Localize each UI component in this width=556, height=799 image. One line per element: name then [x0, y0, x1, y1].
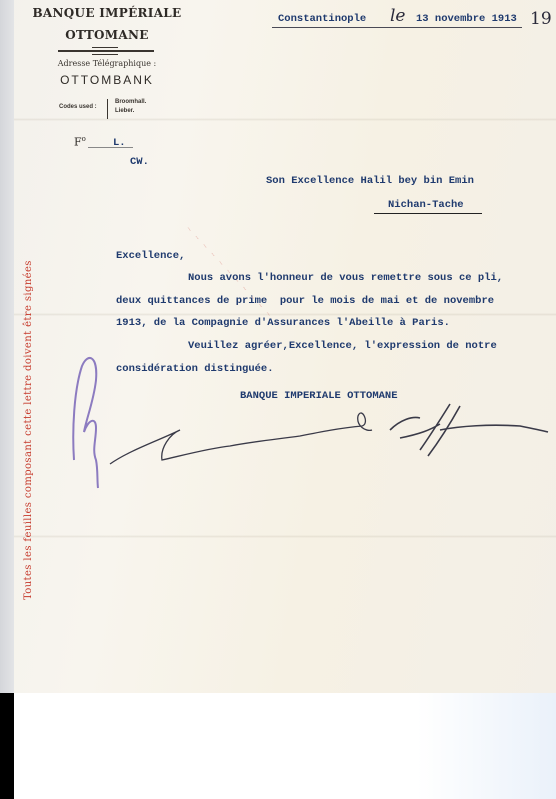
location-underline	[374, 213, 482, 214]
year-prefix: 19	[530, 9, 552, 29]
paper-fold	[14, 118, 556, 121]
bank-name-line1: BANQUE IMPÉRIALE	[22, 6, 192, 20]
paper-fold	[14, 313, 556, 316]
dateline-date: 13 novembre 1913	[416, 13, 517, 25]
body-line: considération distinguée.	[116, 363, 274, 375]
recipient-name: Son Excellence Halil bey bin Emin	[266, 175, 474, 187]
body-line: 1913, de la Compagnie d'Assurances l'Abe…	[116, 317, 450, 329]
paper-fold	[14, 535, 556, 538]
initials: CW.	[130, 156, 149, 168]
folio-label: Fo	[74, 135, 86, 149]
telegraphic-address: OTTOMBANK	[22, 73, 192, 87]
telegraphic-label: Adresse Télégraphique :	[22, 59, 192, 68]
scan-background	[0, 693, 556, 799]
signature	[100, 400, 556, 480]
code-item: Broomhall.	[115, 98, 146, 107]
body-line: deux quittances de prime pour le mois de…	[116, 295, 494, 307]
dateline-rule	[272, 27, 522, 28]
body-line: Nous avons l'honneur de vous remettre so…	[188, 272, 503, 284]
codes-label: Codes used :	[59, 104, 97, 110]
scan-edge	[0, 0, 14, 693]
body-line: Veuillez agréer,Excellence, l'expression…	[188, 340, 497, 352]
codes-divider	[107, 99, 108, 119]
codes-list: Broomhall. Lieber.	[115, 98, 146, 116]
bank-name-line2: OTTOMANE	[22, 28, 192, 42]
letter-page: BANQUE IMPÉRIALE OTTOMANE Adresse Télégr…	[0, 0, 556, 693]
ornament-icon	[92, 47, 118, 55]
margin-note: Toutes les feuilles composant cette lett…	[23, 260, 34, 600]
folio-rule	[88, 147, 133, 148]
salutation: Excellence,	[116, 250, 185, 262]
dateline-le: le	[390, 6, 406, 26]
code-item: Lieber.	[115, 107, 146, 116]
recipient-location: Nichan-Tache	[388, 199, 464, 211]
folio-value: L.	[113, 137, 126, 149]
scan-border	[0, 693, 14, 799]
dateline-city: Constantinople	[278, 13, 366, 25]
